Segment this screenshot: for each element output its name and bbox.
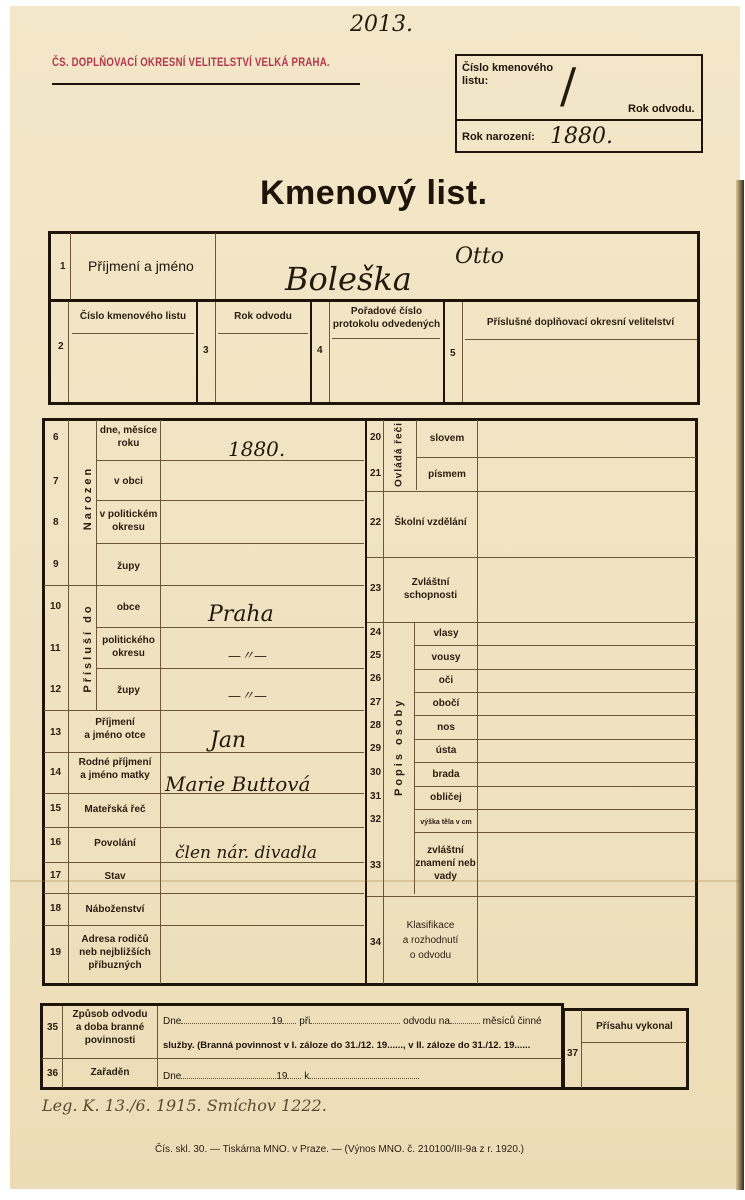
field-number: 5: [450, 348, 456, 359]
field-number: 28: [370, 720, 381, 731]
s1-col-header-line: [218, 333, 308, 334]
home-town-label: obce: [97, 601, 160, 615]
field-number: 23: [370, 583, 381, 594]
recruitment-method-label: Způsob odvodua doba brannépovinnosti: [63, 1008, 157, 1047]
recruitment-line-2: služby. (Branná povinnost v I. záloze do…: [163, 1040, 530, 1051]
row-line: [414, 809, 696, 810]
face-label: obličej: [415, 791, 477, 805]
field-number: 25: [370, 650, 381, 661]
mother-name-label: Rodné příjmenía jméno matky: [70, 756, 160, 782]
s1-col-divider: [68, 302, 69, 402]
row-line: [414, 645, 696, 646]
stamp-underline: [52, 83, 360, 85]
religion-label: Náboženství: [70, 903, 160, 917]
left-label-col: [160, 420, 161, 984]
classification-label: Klasifikacea rozhodnutío odvodu: [384, 918, 477, 963]
birth-date-value: 1880.: [228, 437, 285, 461]
home-county-value: —〃—: [228, 685, 267, 704]
home-county-label: župy: [97, 684, 160, 698]
row-line: [414, 762, 696, 763]
s1-col-divider: [310, 302, 312, 402]
bottom-label-col: [157, 1006, 158, 1088]
languages-group-label: Ovládá řeči: [394, 420, 405, 490]
field-number: 37: [567, 1048, 578, 1059]
row-line: [414, 786, 696, 787]
row-line: [367, 491, 696, 492]
card-number-column-label: Číslo kmenového listu: [70, 310, 196, 324]
field-number: 21: [370, 468, 381, 479]
eyebrows-label: obočí: [415, 697, 477, 711]
field-number: 6: [53, 432, 59, 443]
card-box-divider: [455, 119, 703, 121]
birth-town-label: v obci: [97, 475, 160, 489]
field-number: 24: [370, 627, 381, 638]
row-line: [44, 752, 364, 753]
s1-col-header-line: [72, 333, 194, 334]
written-label: písmem: [417, 468, 477, 482]
oath-header-line: [582, 1042, 687, 1043]
height-label: výška těla v cm: [415, 816, 477, 830]
birth-year-value: 1880.: [550, 124, 613, 149]
occupation-label: Povolání: [70, 837, 160, 851]
education-label: Školní vzdělání: [384, 516, 477, 530]
district-command-column-label: Příslušné doplňovací okresní velitelství: [463, 316, 698, 330]
field-number: 9: [53, 559, 59, 570]
row-line: [44, 710, 364, 711]
home-district-label: politickéhookresu: [97, 634, 160, 660]
field-number: 36: [47, 1068, 58, 1079]
field-number: 7: [53, 476, 59, 487]
row-line: [416, 457, 696, 458]
birth-county-label: župy: [97, 560, 160, 574]
right-label-col: [477, 420, 478, 984]
field-number: 11: [50, 643, 61, 654]
field-number: 12: [50, 684, 61, 695]
s1-col-header-line: [332, 338, 440, 339]
row-line: [414, 739, 696, 740]
field-number: 18: [50, 903, 61, 914]
field-number: 33: [370, 860, 381, 871]
s1-divider: [215, 233, 216, 301]
recruitment-year-column-label: Rok odvodu: [216, 310, 310, 324]
s1-col-header-line: [465, 339, 697, 340]
belongs-to-group-label: Přísluší do: [82, 603, 94, 693]
mother-name-value: Marie Buttová: [165, 772, 310, 796]
field-number: 3: [203, 345, 209, 356]
field-number: 1: [60, 261, 66, 272]
mouth-label: ústa: [415, 744, 477, 758]
protocol-number-column-label: Pořadové číslo protokolu odvedených: [330, 305, 443, 331]
father-name-value: Jan: [210, 728, 246, 753]
left-num-col: [68, 420, 69, 984]
row-line: [367, 622, 696, 623]
special-skills-label: Zvláštníschopnosti: [384, 576, 477, 602]
field-number: 22: [370, 517, 381, 528]
nose-label: nos: [415, 721, 477, 735]
s1-divider: [70, 233, 71, 301]
row-line: [96, 668, 364, 669]
row-line: [96, 543, 364, 544]
page-title: Kmenový list.: [260, 174, 488, 213]
field-number: 8: [53, 517, 59, 528]
row-line: [44, 585, 364, 586]
row-line: [44, 893, 364, 894]
mother-tongue-label: Mateřská řeč: [70, 803, 160, 817]
paper-edge-shadow: [736, 180, 744, 1190]
field-number: 2: [58, 341, 64, 352]
field-number: 14: [50, 767, 61, 778]
row-line: [44, 925, 364, 926]
field-number: 13: [50, 727, 61, 738]
row-line: [414, 832, 696, 833]
surname-value: Boleška: [285, 260, 412, 298]
field-number: 31: [370, 791, 381, 802]
occupation-value: člen nár. divadla: [175, 843, 317, 863]
printer-footer: Čís. skl. 30. — Tiskárna MNO. v Praze. —…: [155, 1144, 524, 1155]
field-number: 35: [47, 1022, 58, 1033]
row-line: [414, 692, 696, 693]
row-line: [367, 557, 696, 558]
row-line: [414, 669, 696, 670]
description-group-label: Popis osoby: [393, 706, 405, 796]
given-name-value: Otto: [455, 244, 504, 269]
field-number: 29: [370, 743, 381, 754]
recruitment-line-1: Dne19 při odvodu na měsíců činné: [163, 1016, 542, 1027]
assigned-line: Dne19 k: [163, 1071, 419, 1082]
row-line: [414, 715, 696, 716]
card-number-value: /: [560, 58, 576, 114]
row-line: [96, 500, 364, 501]
field-number: 27: [370, 697, 381, 708]
field-number: 34: [370, 937, 381, 948]
distinguishing-marks-label: zvláštníznamení nebvady: [414, 844, 477, 883]
row-line: [44, 827, 364, 828]
birth-year-label: Rok narození:: [462, 131, 535, 143]
assigned-label: Zařaděn: [63, 1066, 157, 1080]
field-number: 4: [317, 345, 323, 356]
field-number: 15: [50, 803, 61, 814]
main-table-center-divider: [365, 420, 367, 984]
row-line: [96, 627, 364, 628]
row-line: [367, 896, 696, 897]
file-number: 2013.: [350, 12, 413, 37]
eyes-label: oči: [415, 674, 477, 688]
s1-col-divider: [443, 302, 445, 402]
birth-district-label: v politickémokresu: [97, 508, 160, 534]
bottom-row-line: [42, 1058, 562, 1059]
field-number: 30: [370, 767, 381, 778]
home-town-value: Praha: [208, 602, 274, 627]
fold-crease: [10, 880, 740, 882]
name-label: Příjmení a jméno: [88, 258, 194, 274]
legion-annotation: Leg. K. 13./6. 1915. Smíchov 1222.: [42, 1096, 327, 1115]
home-district-value: —〃—: [228, 645, 267, 664]
field-number: 26: [370, 673, 381, 684]
birth-date-label: dne, měsíceroku: [97, 424, 160, 450]
born-group-label: Narozen: [82, 458, 94, 538]
hair-label: vlasy: [415, 627, 477, 641]
spoken-label: slovem: [417, 432, 477, 446]
field-number: 19: [50, 947, 61, 958]
right-num-col: [383, 420, 384, 984]
field-number: 32: [370, 814, 381, 825]
chin-label: brada: [415, 768, 477, 782]
beard-label: vousy: [415, 651, 477, 665]
field-number: 20: [370, 432, 381, 443]
father-name-label: Příjmenía jméno otce: [70, 716, 160, 742]
recruitment-year-label: Rok odvodu.: [628, 103, 695, 115]
s1-col-divider: [196, 302, 198, 402]
field-number: 10: [50, 601, 61, 612]
district-command-stamp: ČS. DOPLŇOVACÍ OKRESNÍ VELITELSTVÍ VELKÁ…: [52, 55, 330, 69]
field-number: 16: [50, 837, 61, 848]
relatives-address-label: Adresa rodičůneb nejbližšíchpříbuzných: [70, 933, 160, 972]
card-number-label: Číslo kmenového listu:: [462, 62, 553, 88]
s1-row-divider: [50, 299, 698, 302]
oath-label: Přísahu vykonal: [582, 1020, 687, 1034]
